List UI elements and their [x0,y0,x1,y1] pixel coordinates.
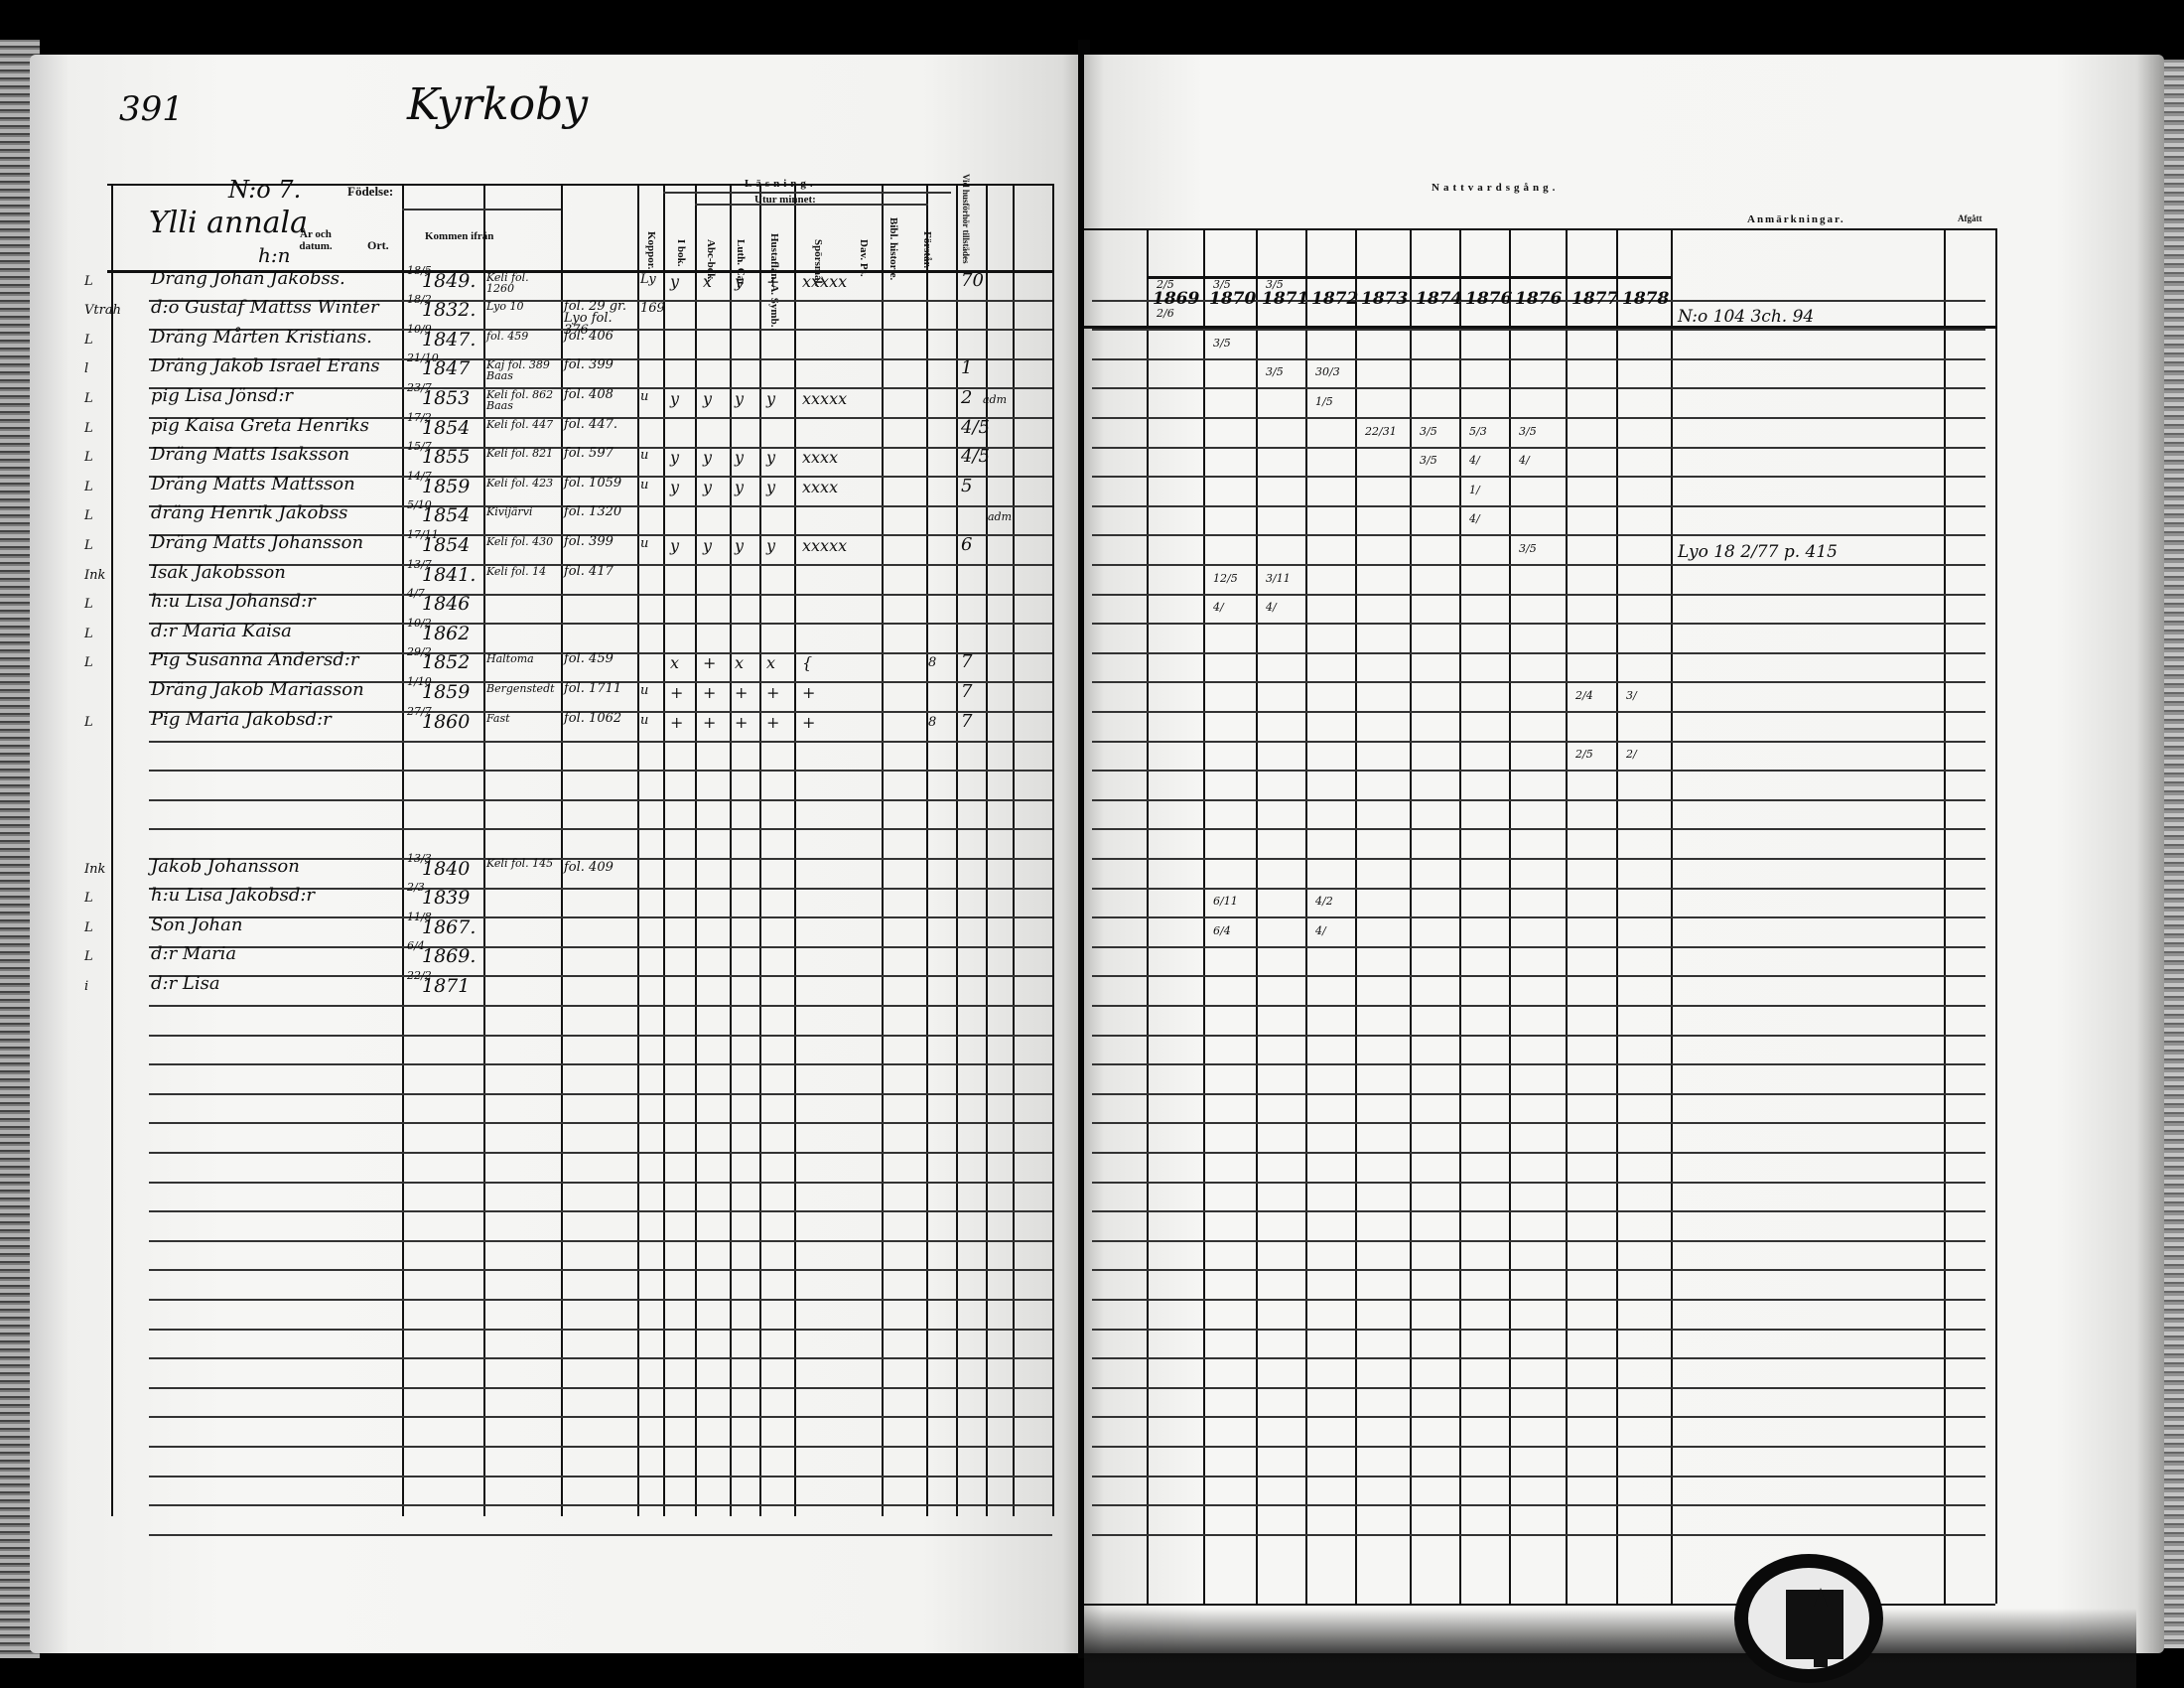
row-rule [149,741,1052,743]
column-divider [402,184,404,1516]
row-rule [1092,476,1985,478]
margin-mark: L [84,508,93,523]
came-from: fol. 459 [564,653,614,665]
row-rule [1092,975,1985,977]
came-from: fol. 597 [564,448,614,460]
column-divider [483,184,485,1516]
forstar-mark: 8 [928,715,936,730]
row-rule [149,1476,1052,1477]
margin-note: adm [988,510,1012,523]
row-rule [1092,799,1985,801]
birth-year: 1855 [422,446,470,468]
birth-place: Keli fol. 423 [486,478,553,489]
birth-place: Keli fol. 1260 [486,272,560,294]
communion-mark: 3/5 [1213,278,1231,291]
husforhor-count: 7 [961,651,972,672]
column-divider [730,184,732,1516]
reading-mark: y [735,272,744,291]
reading-mark: y [703,536,712,555]
came-from: fol. 399 [564,359,614,371]
margin-mark: L [84,391,93,406]
header-ort: Ort. [367,238,389,253]
birth-place: fol. 459 [486,331,528,342]
row-rule [149,1122,1052,1124]
reading-mark: y [670,272,679,291]
row-rule [1092,1446,1985,1448]
row-rule [1092,681,1985,683]
row-rule [149,1269,1052,1271]
fodelse-rule [402,209,561,211]
person-name: Jakob Johansson [151,856,300,877]
birth-year: 1840 [422,858,470,880]
reading-mark: y [766,478,775,496]
header-vid-husforhor: Vid husförhör tillstädes [961,174,971,264]
husforhor-count: 4/5 [961,446,990,467]
row-rule [1092,534,1985,536]
husforhor-count: 1 [961,357,972,378]
birth-place: Lyo 10 [486,301,523,312]
birth-place: Keli fol. 430 [486,536,553,547]
came-from: fol. 409 [564,860,614,875]
birth-year: 1846 [422,593,470,615]
row-rule [149,1504,1052,1506]
birth-year: 1854 [422,504,470,526]
column-divider [561,184,563,1516]
margin-mark: L [84,274,93,289]
person-name: Isak Jakobsson [151,562,286,583]
reading-mark: x [670,653,679,672]
row-rule [1092,329,1985,331]
birth-year: 1849. [422,270,476,292]
reading-mark: y [735,536,744,555]
margin-mark: Ink [84,568,105,583]
church-icon [1786,1590,1843,1659]
row-rule [1092,1093,1985,1095]
person-name: Dräng Matts Mattsson [151,474,355,494]
header-top-rule [1084,228,1995,230]
kopper-mark: u [640,448,648,463]
column-divider [956,184,958,1516]
row-rule [1092,594,1985,596]
husforhor-count: 4/5 [961,417,990,438]
husforhor-count: 7 [961,711,972,732]
communion-year: 1870 [1209,289,1256,309]
person-name: pig Lisa Jönsd:r [151,385,293,406]
communion-mark: 4/ [1519,454,1530,467]
communion-year: 1869 [1153,289,1199,309]
person-name: Dräng Matts Johansson [151,532,363,553]
came-from: fol. 406 [564,331,614,343]
communion-mark: 22/31 [1365,425,1397,438]
came-from: fol. 447. [564,419,617,431]
husforhor-count: 70 [961,270,984,291]
column-divider [695,184,697,1516]
row-rule [149,1093,1052,1095]
row-rule [149,799,1052,801]
communion-mark: 4/ [1469,512,1480,525]
margin-mark: L [84,538,93,553]
reading-mark: + [670,683,683,702]
person-name: h:u Lisa Jakobsd:r [151,885,315,906]
birth-year: 1847. [422,329,476,351]
margin-mark: L [84,421,93,436]
birth-year: 1853 [422,387,470,409]
communion-mark: 4/ [1213,601,1224,614]
reading-mark: xxxxx [802,536,847,555]
communion-mark: 6/11 [1213,895,1238,908]
reading-mark: + [802,713,815,732]
husforhor-count: 6 [961,534,972,555]
reading-mark: y [670,536,679,555]
row-rule [1092,1005,1985,1007]
person-name: Dräng Jakob Israel Erans [151,355,380,376]
row-rule [1092,358,1985,360]
column-divider [986,184,988,1516]
reading-mark: + [766,683,779,702]
reading-mark: y [735,478,744,496]
margin-mark: L [84,655,93,670]
row-rule [149,1035,1052,1037]
reading-mark: + [670,713,683,732]
row-rule [149,828,1052,830]
row-rule [1092,770,1985,772]
kopper-mark: Ly [640,272,656,287]
margin-mark: Vtrah [84,303,121,318]
forstar-mark: 8 [928,655,936,670]
row-rule [1092,1504,1985,1506]
person-name: Dräng Mårten Kristians. [151,327,372,348]
person-name: pig Kaisa Greta Henriks [151,415,369,436]
birth-year: 1852 [422,651,470,673]
birth-year: 1832. [422,299,476,321]
row-rule [1092,1357,1985,1359]
row-rule [1092,447,1985,449]
communion-mark: 4/ [1315,924,1326,937]
kopper-mark: u [640,683,648,698]
reading-mark: y [703,478,712,496]
person-name: Dräng Jakob Mariasson [151,679,364,700]
page-number: 391 [119,89,184,129]
margin-mark: L [84,627,93,641]
row-rule [1092,1063,1985,1065]
row-rule [149,770,1052,772]
row-rule [149,1210,1052,1212]
person-name: Son Johan [151,914,242,935]
row-rule [1092,916,1985,918]
came-from: fol. 1320 [564,506,621,518]
communion-year: 1874 [1416,289,1462,309]
reading-mark: y [735,448,744,467]
communion-year: 1877 [1571,289,1618,309]
birth-year: 1847 [422,357,470,379]
row-rule [1092,946,1985,948]
birth-year: 1854 [422,417,470,439]
column-divider [111,184,113,1516]
reading-mark: + [703,653,716,672]
communion-mark: 3/5 [1420,425,1437,438]
person-name: d:r Maria Kaisa [151,621,292,641]
row-rule [1092,623,1985,625]
row-rule [1092,1416,1985,1418]
husforhor-count: 7 [961,681,972,702]
row-rule [1092,1152,1985,1154]
row-rule [1092,858,1985,860]
margin-mark: l [84,361,88,376]
row-rule [1092,711,1985,713]
remark-text: N:o 104 3ch. 94 [1678,307,1814,327]
church-tower-icon [1814,1588,1828,1667]
header-fodelse: Födelse: [347,184,393,200]
margin-mark: L [84,891,93,906]
communion-mark: 4/ [1266,601,1277,614]
birth-year: 1839 [422,887,470,909]
row-rule [1092,1240,1985,1242]
reading-mark: y [670,389,679,408]
row-rule [1092,652,1985,654]
person-name: h:u Lisa Johansd:r [151,591,316,612]
communion-year: 1876 [1465,289,1512,309]
utur-minnet-rule [695,204,928,206]
header-anmarkningar: Anmärkningar. [1747,213,1845,225]
column-divider [1013,184,1015,1516]
communion-year: 1872 [1311,289,1358,309]
communion-mark: 3/11 [1266,572,1291,585]
communion-mark: 2/5 [1575,748,1593,761]
row-rule [1092,417,1985,419]
margin-mark: L [84,597,93,612]
row-rule [149,1329,1052,1331]
reading-mark: + [703,683,716,702]
reading-mark: y [766,536,775,555]
header-nattvardsgang: Nattvardsgång. [1432,182,1559,194]
communion-mark: 2/5 [1157,278,1174,291]
birth-place: Bergenstedt [486,683,555,694]
birth-year: 1867. [422,916,476,938]
birth-year: 1854 [422,534,470,556]
reading-mark: x [735,653,744,672]
reading-mark: y [735,389,744,408]
row-rule [1092,1299,1985,1301]
birth-place: Keli fol. 862 Baas [486,389,560,411]
person-name: Dräng Matts Isaksson [151,444,349,465]
communion-mark: 12/5 [1213,572,1238,585]
communion-year: 1876 [1515,289,1562,309]
reading-mark: + [802,683,815,702]
reading-mark: { [802,653,812,672]
birth-year: 1841. [422,564,476,586]
kopper-mark: u [640,478,648,492]
row-rule [1092,828,1985,830]
column-divider [794,184,796,1516]
reading-mark: + [735,713,748,732]
row-rule [149,1446,1052,1448]
margin-mark: Ink [84,862,105,877]
reading-mark: xxxxx [802,272,847,291]
person-name: dräng Henrik Jakobss [151,502,347,523]
communion-mark: 3/5 [1519,542,1537,555]
reading-mark: xxxxx [802,389,847,408]
person-name: Dräng Johan Jakobss. [151,268,345,289]
kopper-mark: 169 [640,301,665,316]
column-divider [882,184,884,1516]
communion-year: 1878 [1622,289,1669,309]
row-rule [1092,1182,1985,1184]
row-rule [1092,564,1985,566]
row-rule [1092,1534,1985,1536]
reading-mark: y [703,389,712,408]
row-rule [149,1240,1052,1242]
margin-mark: i [84,979,88,994]
birth-year: 1862 [422,623,470,644]
column-divider [1052,184,1054,1516]
reading-mark: y [670,478,679,496]
header-kopper: Koppor. [645,231,657,269]
communion-mark: 2/6 [1157,307,1174,320]
birth-place: Keli fol. 145 [486,858,553,869]
communion-mark: 1/5 [1315,395,1333,408]
row-rule [149,1357,1052,1359]
village-title: Kyrkoby [407,79,588,130]
communion-mark: 6/4 [1213,924,1231,937]
header-i-bok: I bok. [675,239,687,267]
communion-year: 1873 [1361,289,1408,309]
communion-mark: 30/3 [1315,365,1340,378]
row-rule [149,1534,1052,1536]
row-rule [149,975,1052,977]
person-name: d:o Gustaf Mattss Winter [151,297,379,318]
person-name: Pig Susanna Andersd:r [151,649,358,670]
came-from: fol. 1059 [564,478,621,490]
row-rule [149,1005,1052,1007]
row-rule [1092,505,1985,507]
came-from: fol. 408 [564,389,614,401]
farm-name: Ylli annala [149,206,308,240]
reading-mark: x [766,653,775,672]
communion-mark: 3/5 [1420,454,1437,467]
came-from: fol. 1711 [564,683,621,695]
margin-note: adm [983,393,1007,406]
person-name: d:r Maria [151,943,236,964]
archive-stamp [1734,1554,1883,1683]
row-rule [149,1063,1052,1065]
birth-place: Kivijärvi [486,506,532,517]
remark-text: Lyo 18 2/77 p. 415 [1678,542,1838,562]
reading-mark: + [766,272,779,291]
birth-place: Keli fol. 821 [486,448,553,459]
birth-place: Keli fol. 447 [486,419,553,430]
communion-mark: 2/4 [1575,689,1593,702]
reading-mark: + [735,683,748,702]
column-divider [1995,228,1997,1604]
reading-mark: xxxx [802,478,838,496]
margin-mark: L [84,920,93,935]
birth-year: 1859 [422,681,470,703]
row-rule [1092,1387,1985,1389]
right-page: Nattvardsgång. Anmärkningar. Afgått 1869… [1084,55,2164,1653]
scan-background: 391 Kyrkoby N:o 7. Ylli annala h:n Födel… [0,0,2184,1688]
column-divider [926,184,928,1516]
column-divider [663,184,665,1516]
row-rule [149,1182,1052,1184]
came-from: fol. 1062 [564,713,621,725]
household-number: N:o 7. [228,176,301,204]
communion-mark: 5/3 [1469,425,1487,438]
row-rule [149,1387,1052,1389]
reading-mark: y [766,448,775,467]
birth-year: 1860 [422,711,470,733]
communion-mark: 2/ [1626,748,1637,761]
row-rule [149,916,1052,918]
row-rule [1092,741,1985,743]
birth-place: Fast [486,713,510,724]
communion-mark: 3/5 [1266,365,1284,378]
kopper-mark: u [640,713,648,728]
row-rule [1092,1035,1985,1037]
communion-mark: 3/ [1626,689,1637,702]
row-rule [149,1416,1052,1418]
husforhor-count: 5 [961,476,972,496]
kopper-mark: u [640,536,648,551]
kopper-mark: u [640,389,648,404]
communion-mark: 4/ [1469,454,1480,467]
margin-mark: L [84,450,93,465]
reading-mark: xxxx [802,448,838,467]
reading-mark: y [670,448,679,467]
communion-mark: 4/2 [1315,895,1333,908]
reading-mark: y [703,448,712,467]
communion-year: 1871 [1262,289,1308,309]
row-rule [149,946,1052,948]
birth-year: 1871 [422,975,470,997]
birth-year: 1869. [422,945,476,967]
row-rule [1092,1329,1985,1331]
header-ar-datum: År och datum. [286,228,345,252]
margin-mark: L [84,949,93,964]
person-name: Pig Maria Jakobsd:r [151,709,332,730]
communion-mark: 3/5 [1266,278,1284,291]
laesning-rule [663,192,951,194]
reading-mark: + [766,713,779,732]
communion-mark: 3/5 [1213,337,1231,350]
row-rule [149,1299,1052,1301]
left-page: 391 Kyrkoby N:o 7. Ylli annala h:n Födel… [30,55,1082,1653]
margin-mark: L [84,333,93,348]
header-afgatt: Afgått [1958,213,1982,223]
reading-mark: + [703,713,716,732]
row-rule [1092,1122,1985,1124]
birth-place: Kaj fol. 389 Baas [486,359,560,381]
margin-mark: L [84,480,93,494]
row-rule [1092,1269,1985,1271]
came-from: fol. 399 [564,536,614,548]
communion-mark: 1/ [1469,484,1480,496]
communion-mark: 3/5 [1519,425,1537,438]
row-rule [1092,1476,1985,1477]
reading-mark: y [766,389,775,408]
column-divider [637,184,639,1516]
row-rule [1092,888,1985,890]
birth-year: 1859 [422,476,470,497]
row-rule [1092,1210,1985,1212]
husforhor-count: 2 [961,387,972,408]
column-divider [759,184,761,1516]
row-rule [149,1152,1052,1154]
margin-mark: L [84,715,93,730]
birth-place: Haltoma [486,653,534,664]
page-bottom-shadow [1084,1609,2136,1688]
header-top-rule [107,184,1054,186]
person-name: d:r Lisa [151,973,220,994]
